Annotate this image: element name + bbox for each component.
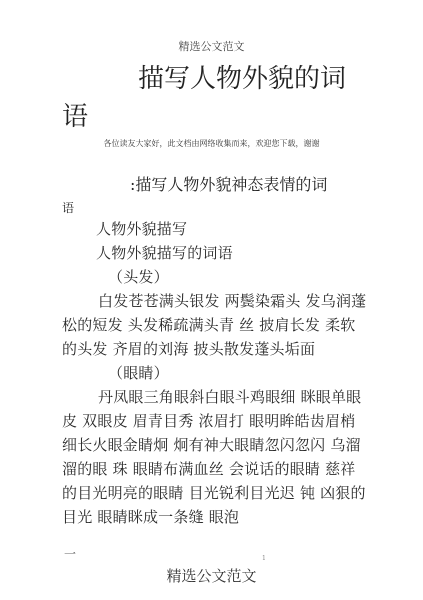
category-label-hair: （头发） [108, 266, 169, 287]
paragraph-line: 皮 双眼皮 眉青目秀 浓眉打 眼明眸皓齿眉梢 [62, 410, 355, 431]
paragraph-line: 松的短发 头发稀疏满头青 丝 披肩长发 柔软 [62, 314, 355, 335]
document-title-line-1: 描写人物外貌的词 [138, 58, 346, 95]
paragraph-line: 的目光明亮的眼睛 目光锐利目光迟 钝 凶狠的 [62, 482, 366, 503]
paragraph-line: 细长火眼金睛炯 炯有神大眼睛忽闪忽闪 乌溜 [62, 434, 361, 455]
body-subheading: 人物外貌描写的词语 [96, 242, 233, 263]
document-title-line-2: 语 [62, 96, 88, 133]
page-dash-mark: 一 [64, 545, 76, 562]
paragraph-line: 白发苍苍满头银发 两鬓染霜头 发乌润蓬 [98, 290, 366, 311]
page-number-mark: 1 [262, 555, 266, 562]
page-header: 精选公文范文 [0, 38, 423, 54]
paragraph-line: 溜的眼 珠 眼睛布满血丝 会说话的眼睛 慈祥 [62, 458, 355, 479]
download-notice: 各位读友大家好，此文档由网络收集而来，欢迎您下载，谢谢 [0, 138, 423, 149]
page-footer: 精选公文范文 [0, 565, 423, 586]
paragraph-line: 目光 眼睛眯成一条缝 眼泡 [62, 506, 239, 527]
section-heading-line-1: :描写人物外貌神态表情的词 [130, 172, 327, 195]
category-label-eyes: （眼睛） [108, 362, 169, 383]
paragraph-line: 的头发 齐眉的刘海 披头散发蓬头垢面 [62, 338, 315, 359]
body-heading: 人物外貌描写 [96, 218, 187, 239]
paragraph-line: 丹凤眼三角眼斜白眼斗鸡眼细 眯眼单眼 [98, 386, 361, 407]
section-heading-line-2: 语 [62, 199, 74, 216]
